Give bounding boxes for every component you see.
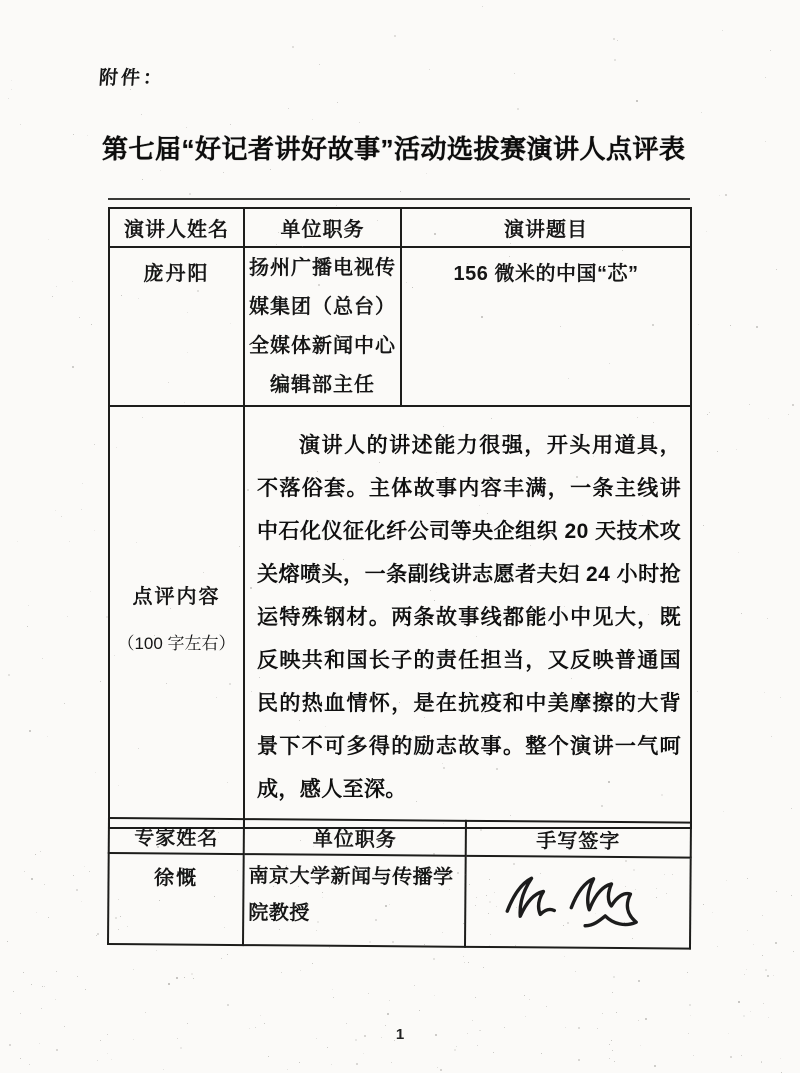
expert-signature-table: 专家姓名 单位职务 手写签字 徐慨 南京大学新闻与传播学 院教授 [107,817,692,950]
header-speech-title: 演讲题目 [401,208,691,247]
attachment-label: 附件： [98,63,166,90]
header-unit-position: 单位职务 [244,208,401,247]
speaker-unit-position-cell: 扬州广播电视传 媒集团（总台） 全媒体新闻中心 编辑部主任 [244,247,401,406]
document-title: 第七届“好记者讲好故事”活动选拔赛演讲人点评表 [102,129,702,166]
speaker-row: 庞丹阳 扬州广播电视传 媒集团（总台） 全媒体新闻中心 编辑部主任 156 微米… [109,247,691,406]
scanned-evaluation-form-page: 附件： 第七届“好记者讲好故事”活动选拔赛演讲人点评表 演讲人姓名 单位职务 演… [0,0,800,1073]
comment-row: 点评内容 （100 字左右） 演讲人的讲述能力很强，开头用道具，不落俗套。主体故… [109,406,691,828]
header-speaker-name: 演讲人姓名 [109,208,244,247]
handwritten-signature [493,867,663,932]
expert-table-header-row: 专家姓名 单位职务 手写签字 [109,818,691,858]
page-number: 1 [0,1026,800,1043]
comment-text: 演讲人的讲述能力很强，开头用道具，不落俗套。主体故事内容丰满，一条主线讲中石化仪… [245,424,690,811]
speaker-table-header-row: 演讲人姓名 单位职务 演讲题目 [109,208,691,247]
comment-word-limit-note: （100 字左右） [110,629,243,654]
expert-name-cell: 徐慨 [108,853,244,945]
expert-unit-position-cell: 南京大学新闻与传播学 院教授 [243,854,466,947]
comment-label: 点评内容 [110,580,243,609]
table-top-double-rule [108,198,690,200]
header-expert-unit-position: 单位职务 [244,819,466,856]
comment-text-cell: 演讲人的讲述能力很强，开头用道具，不落俗套。主体故事内容丰满，一条主线讲中石化仪… [244,406,691,828]
speaker-evaluation-table: 演讲人姓名 单位职务 演讲题目 庞丹阳 扬州广播电视传 媒集团（总台） 全媒体新… [108,207,692,829]
speech-title-cell: 156 微米的中国“芯” [401,247,691,406]
comment-label-cell: 点评内容 （100 字左右） [109,406,244,828]
header-handwritten-signature: 手写签字 [466,821,691,858]
signature-cell [465,856,691,949]
speaker-name-cell: 庞丹阳 [109,247,244,406]
header-expert-name: 专家姓名 [109,818,244,854]
expert-row: 徐慨 南京大学新闻与传播学 院教授 [108,853,691,949]
